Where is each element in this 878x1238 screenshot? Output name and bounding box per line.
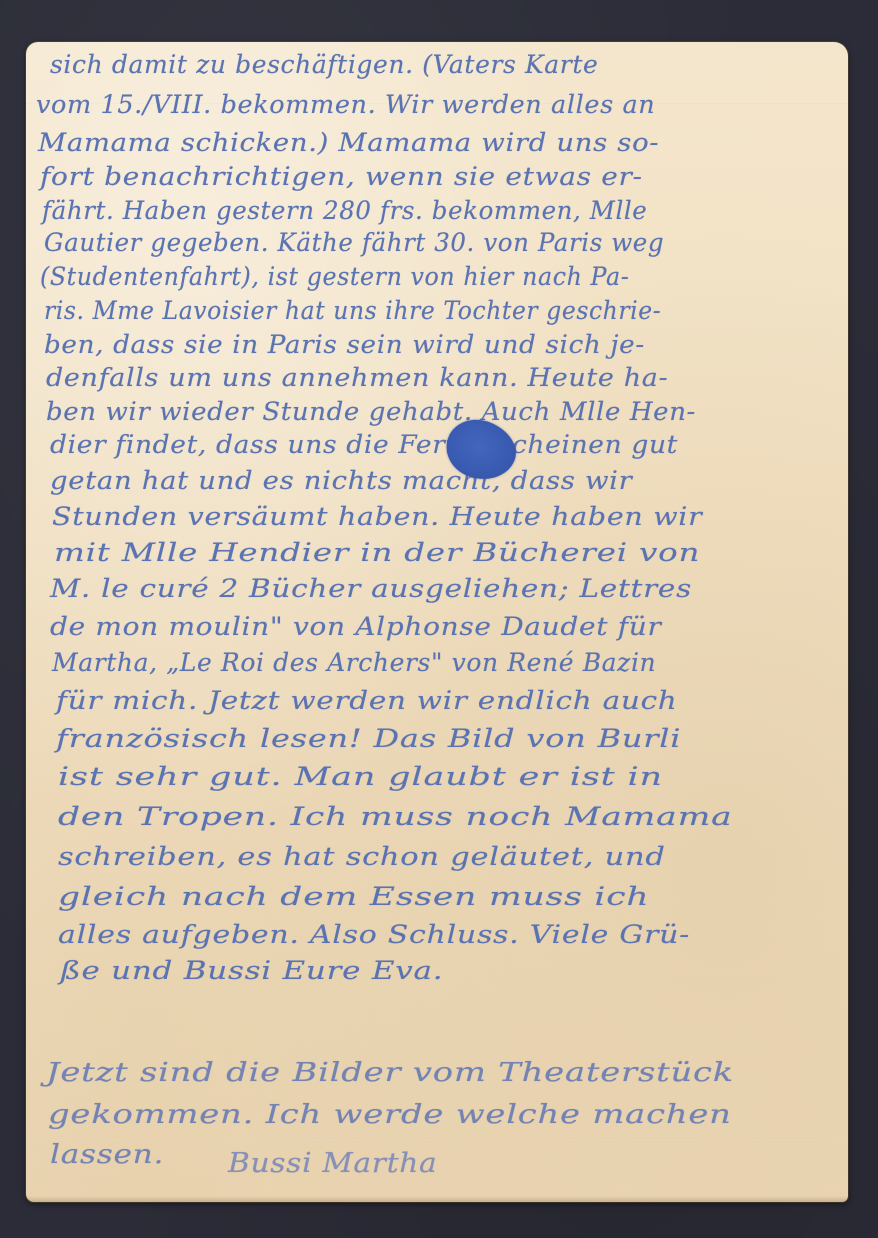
letter-line: Gautier gegeben. Käthe fährt 30. von Par… [44, 228, 664, 257]
letter-line: denfalls um uns annehmen kann. Heute ha- [46, 363, 668, 392]
letter-line: ris. Mme Lavoisier hat uns ihre Tochter … [44, 296, 661, 325]
letter-line: sich damit zu beschäftigen. (Vaters Kart… [50, 50, 598, 79]
letter-line: vom 15./VIII. bekommen. Wir werden alles… [36, 90, 655, 119]
letter-line: Mamama schicken.) Mamama wird uns so- [38, 128, 659, 157]
letter-line: französisch lesen! Das Bild von Burli [56, 724, 681, 753]
postscript-line: gekommen. Ich werde welche machen [48, 1100, 732, 1130]
letter-line: getan hat und es nichts macht, dass wir [50, 466, 632, 495]
letter-line: de mon moulin" von Alphonse Daudet für [50, 612, 662, 641]
letter-line: ben, dass sie in Paris sein wird und sic… [44, 330, 645, 359]
letter-line: ben wir wieder Stunde gehabt. Auch Mlle … [46, 397, 696, 426]
letter-line: Stunden versäumt haben. Heute haben wir [52, 502, 702, 531]
letter-line: schreiben, es hat schon geläutet, und [58, 842, 666, 871]
letter-line: gleich nach dem Essen muss ich [58, 882, 649, 911]
letter-line: für mich. Jetzt werden wir endlich auch [56, 686, 678, 715]
letter-line: fährt. Haben gestern 280 frs. bekommen, … [42, 196, 647, 225]
letter-line: den Tropen. Ich muss noch Mamama [58, 802, 733, 831]
signature: Bussi Martha [228, 1148, 437, 1179]
letter-line: fort benachrichtigen, wenn sie etwas er- [40, 162, 643, 191]
letter-line: dier findet, dass uns die Ferien scheine… [50, 430, 678, 459]
letter-line: alles aufgeben. Also Schluss. Viele Grü- [58, 920, 690, 949]
letter-line: (Studentenfahrt), ist gestern von hier n… [40, 262, 629, 291]
letter-line: Martha, „Le Roi des Archers" von René Ba… [52, 648, 656, 677]
letter-line: ße und Bussi Eure Eva. [60, 956, 443, 985]
letter-line: ist sehr gut. Man glaubt er ist in [58, 762, 663, 791]
letter-line: M. le curé 2 Bücher ausgeliehen; Lettres [50, 574, 692, 603]
paper-edge-wear [26, 1196, 848, 1202]
postscript-line: Jetzt sind die Bilder vom Theaterstück [46, 1058, 734, 1088]
letter-line: mit Mlle Hendier in der Bücherei von [54, 538, 700, 567]
postscript-line: lassen. [50, 1140, 164, 1170]
